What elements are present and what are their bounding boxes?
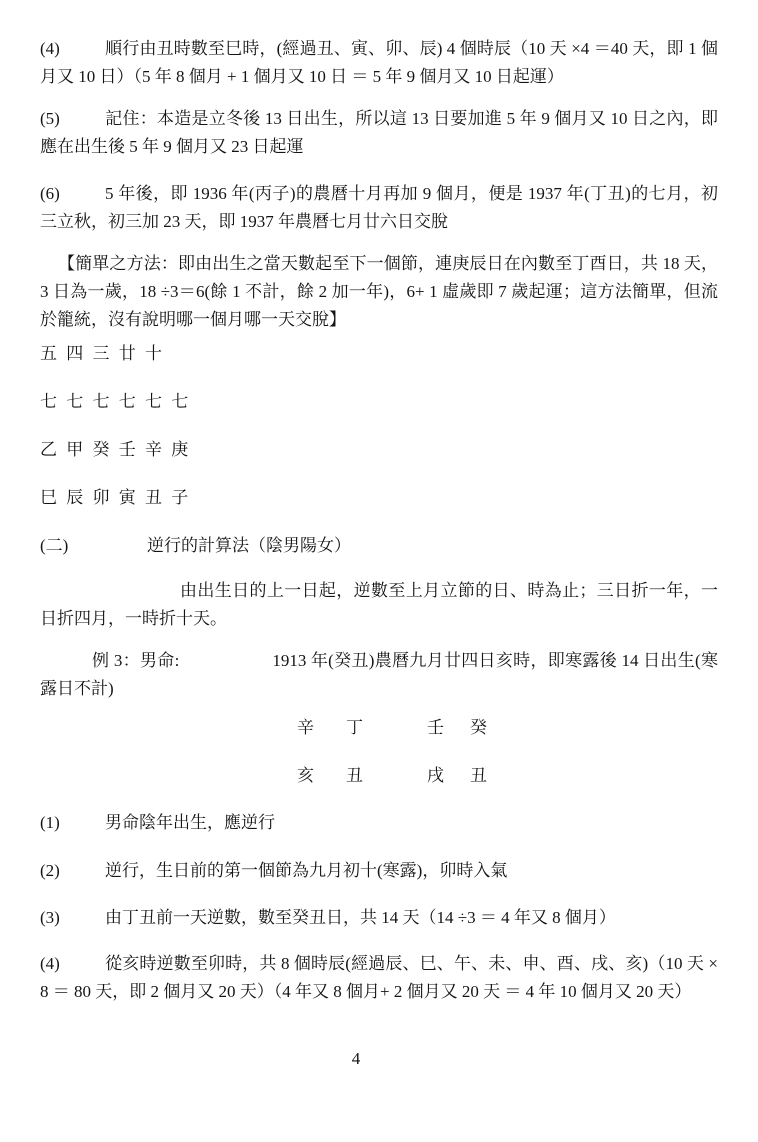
section-2-number: (二) bbox=[40, 532, 147, 560]
page-number: 4 bbox=[40, 1045, 672, 1073]
example-3-paragraph: 例 3：男命:1913 年(癸丑)農曆九月廿四日亥時，即寒露後 14 日出生(寒… bbox=[40, 647, 718, 703]
luck-pillar-row-stems: 乙 甲 癸 壬 辛 庚 bbox=[40, 436, 718, 464]
step-2-number: (2) bbox=[40, 857, 105, 885]
paragraph-5-text: 記住：本造是立冬後 13 日出生，所以這 13 日要加進 5 年 9 個月又 1… bbox=[40, 109, 718, 156]
step-4-number: (4) bbox=[40, 950, 105, 978]
stem-hour: 辛 bbox=[297, 714, 314, 742]
branch-day: 丑 bbox=[346, 762, 363, 790]
section-2-title: 逆行的計算法（陰男陽女） bbox=[147, 536, 351, 555]
step-4-text: 從亥時逆數至卯時，共 8 個時辰(經過辰、巳、午、未、申、酉、戌、亥)（10 天… bbox=[40, 954, 718, 1001]
paragraph-4-text: 順行由丑時數至巳時，(經過丑、寅、卯、辰) 4 個時辰（10 天 ×4 ＝40 … bbox=[40, 39, 718, 86]
branch-hour: 亥 bbox=[297, 762, 314, 790]
paragraph-5-number: (5) bbox=[40, 105, 105, 133]
step-1-number: (1) bbox=[40, 809, 105, 837]
step-1: (1)男命陰年出生，應逆行 bbox=[40, 809, 718, 837]
stem-year: 癸 bbox=[470, 714, 487, 742]
branch-month: 戌 bbox=[427, 762, 444, 790]
section-2-heading: (二)逆行的計算法（陰男陽女） bbox=[40, 532, 718, 560]
step-2-text: 逆行，生日前的第一個節為九月初十(寒露)，卯時入氣 bbox=[105, 861, 507, 880]
branch-year: 丑 bbox=[470, 762, 487, 790]
four-pillars-stems-row: 辛 丁 壬 癸 bbox=[40, 714, 718, 742]
step-4: (4)從亥時逆數至卯時，共 8 個時辰(經過辰、巳、午、未、申、酉、戌、亥)（1… bbox=[40, 950, 718, 1006]
four-pillars-branches-row: 亥 丑 戌 丑 bbox=[40, 762, 718, 790]
step-3: (3)由丁丑前一天逆數，數至癸丑日，共 14 天（14 ÷3 ＝ 4 年又 8 … bbox=[40, 904, 718, 932]
paragraph-4: (4)順行由丑時數至巳時，(經過丑、寅、卯、辰) 4 個時辰（10 天 ×4 ＝… bbox=[40, 35, 718, 91]
simple-method-note: 【簡單之方法：即由出生之當天數起至下一個節，連庚辰日在內數至丁酉日，共 18 天… bbox=[40, 250, 718, 334]
luck-pillar-row-units: 七 七 七 七 七 七 bbox=[40, 388, 718, 416]
step-2: (2)逆行，生日前的第一個節為九月初十(寒露)，卯時入氣 bbox=[40, 857, 718, 885]
step-3-text: 由丁丑前一天逆數，數至癸丑日，共 14 天（14 ÷3 ＝ 4 年又 8 個月） bbox=[105, 908, 616, 927]
reverse-method-paragraph: 由出生日的上一日起，逆數至上月立節的日、時為止；三日折一年，一日折四月，一時折十… bbox=[40, 577, 718, 633]
paragraph-6: (6)5 年後，即 1936 年(丙子)的農曆十月再加 9 個月，便是 1937… bbox=[40, 180, 718, 236]
luck-pillar-row-tens: 五 四 三 廿 十 bbox=[40, 340, 718, 368]
document-page: (4)順行由丑時數至巳時，(經過丑、寅、卯、辰) 4 個時辰（10 天 ×4 ＝… bbox=[0, 0, 758, 1142]
luck-pillar-row-branches: 巳 辰 卯 寅 丑 子 bbox=[40, 484, 718, 512]
stem-day: 丁 bbox=[346, 714, 363, 742]
step-3-number: (3) bbox=[40, 904, 105, 932]
paragraph-6-number: (6) bbox=[40, 180, 105, 208]
paragraph-5: (5)記住：本造是立冬後 13 日出生，所以這 13 日要加進 5 年 9 個月… bbox=[40, 105, 718, 161]
example-3-label: 例 3：男命: bbox=[92, 651, 179, 670]
step-1-text: 男命陰年出生，應逆行 bbox=[105, 813, 275, 832]
stem-month: 壬 bbox=[427, 714, 444, 742]
paragraph-6-text: 5 年後，即 1936 年(丙子)的農曆十月再加 9 個月，便是 1937 年(… bbox=[40, 184, 718, 231]
paragraph-4-number: (4) bbox=[40, 35, 105, 63]
